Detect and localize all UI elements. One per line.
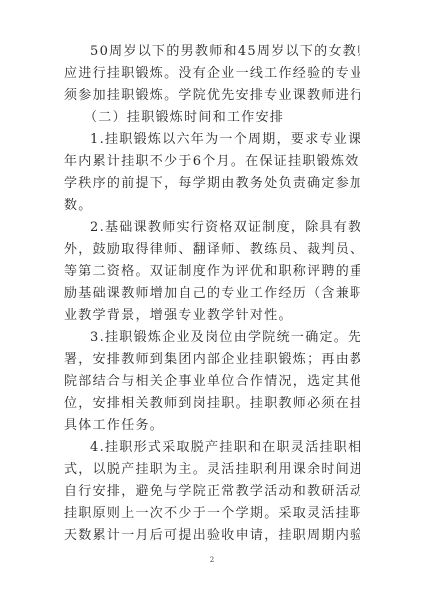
section-heading: （二）挂职锻炼时间和工作安排 bbox=[64, 107, 360, 129]
text-line: 挂职原则上一次不少于一个学期。采取灵活挂职的教师挂职 bbox=[64, 503, 360, 525]
text-line: 年内累计挂职不少于6个月。在保证挂职锻炼效果和正常教 bbox=[64, 151, 360, 173]
text-line: 50周岁以下的男教师和45周岁以下的女教师原则上都 bbox=[64, 41, 360, 63]
text-line: 院部结合与相关企事业单位合作情况，选定其他挂职锻炼岗 bbox=[64, 371, 360, 393]
paragraph-item-2: 2.基础课教师实行资格双证制度，除具有教师资格证书 外，鼓励取得律师、翻译师、教… bbox=[64, 217, 360, 327]
text-line: 天数累计一月后可提出验收申请，挂职周期内验收通过累计 bbox=[64, 525, 360, 547]
text-line: 自行安排，避免与学院正常教学活动和教研活动冲突。脱产 bbox=[64, 481, 360, 503]
text-line: 等第二资格。双证制度作为评优和职称评聘的重要参考。鼓 bbox=[64, 261, 360, 283]
text-line: 署，安排教师到集团内部企业挂职锻炼；再由教务处和二级 bbox=[64, 349, 360, 371]
text-line: 具体工作任务。 bbox=[64, 415, 360, 437]
paragraph-eligibility: 50周岁以下的男教师和45周岁以下的女教师原则上都 应进行挂职锻炼。没有企业一线… bbox=[64, 41, 360, 107]
text-line: 4.挂职形式采取脱产挂职和在职灵活挂职相结合的形 bbox=[64, 437, 360, 459]
text-line: 应进行挂职锻炼。没有企业一线工作经验的专业课教师，必 bbox=[64, 63, 360, 85]
text-line: 式，以脱产挂职为主。灵活挂职利用课余时间进行，由个人 bbox=[64, 459, 360, 481]
page-number: 2 bbox=[0, 556, 424, 564]
text-line: 数。 bbox=[64, 195, 360, 217]
paragraph-item-3: 3.挂职锻炼企业及岗位由学院统一确定。先根据集团部 署，安排教师到集团内部企业挂… bbox=[64, 327, 360, 437]
paragraph-item-4: 4.挂职形式采取脱产挂职和在职灵活挂职相结合的形 式，以脱产挂职为主。灵活挂职利… bbox=[64, 437, 360, 547]
text-line: 业教学背景，增强专业教学针对性。 bbox=[64, 305, 360, 327]
text-line: 外，鼓励取得律师、翻译师、教练员、裁判员、职业规划师 bbox=[64, 239, 360, 261]
text-line: 3.挂职锻炼企业及岗位由学院统一确定。先根据集团部 bbox=[64, 327, 360, 349]
document-page: 50周岁以下的男教师和45周岁以下的女教师原则上都 应进行挂职锻炼。没有企业一线… bbox=[64, 41, 360, 547]
text-line: 励基础课教师增加自己的专业工作经历（含兼职）背景和专 bbox=[64, 283, 360, 305]
text-line: 1.挂职锻炼以六年为一个周期，要求专业课教师在每六 bbox=[64, 129, 360, 151]
text-line: 须参加挂职锻炼。学院优先安排专业课教师进行挂职锻炼。 bbox=[64, 85, 360, 107]
paragraph-item-1: 1.挂职锻炼以六年为一个周期，要求专业课教师在每六 年内累计挂职不少于6个月。在… bbox=[64, 129, 360, 217]
text-line: 位，安排相关教师到岗挂职。挂职教师必须在挂职单位承担 bbox=[64, 393, 360, 415]
text-line: 2.基础课教师实行资格双证制度，除具有教师资格证书 bbox=[64, 217, 360, 239]
heading-line: （二）挂职锻炼时间和工作安排 bbox=[64, 107, 360, 129]
text-line: 学秩序的前提下，每学期由教务处负责确定参加挂职锻炼人 bbox=[64, 173, 360, 195]
